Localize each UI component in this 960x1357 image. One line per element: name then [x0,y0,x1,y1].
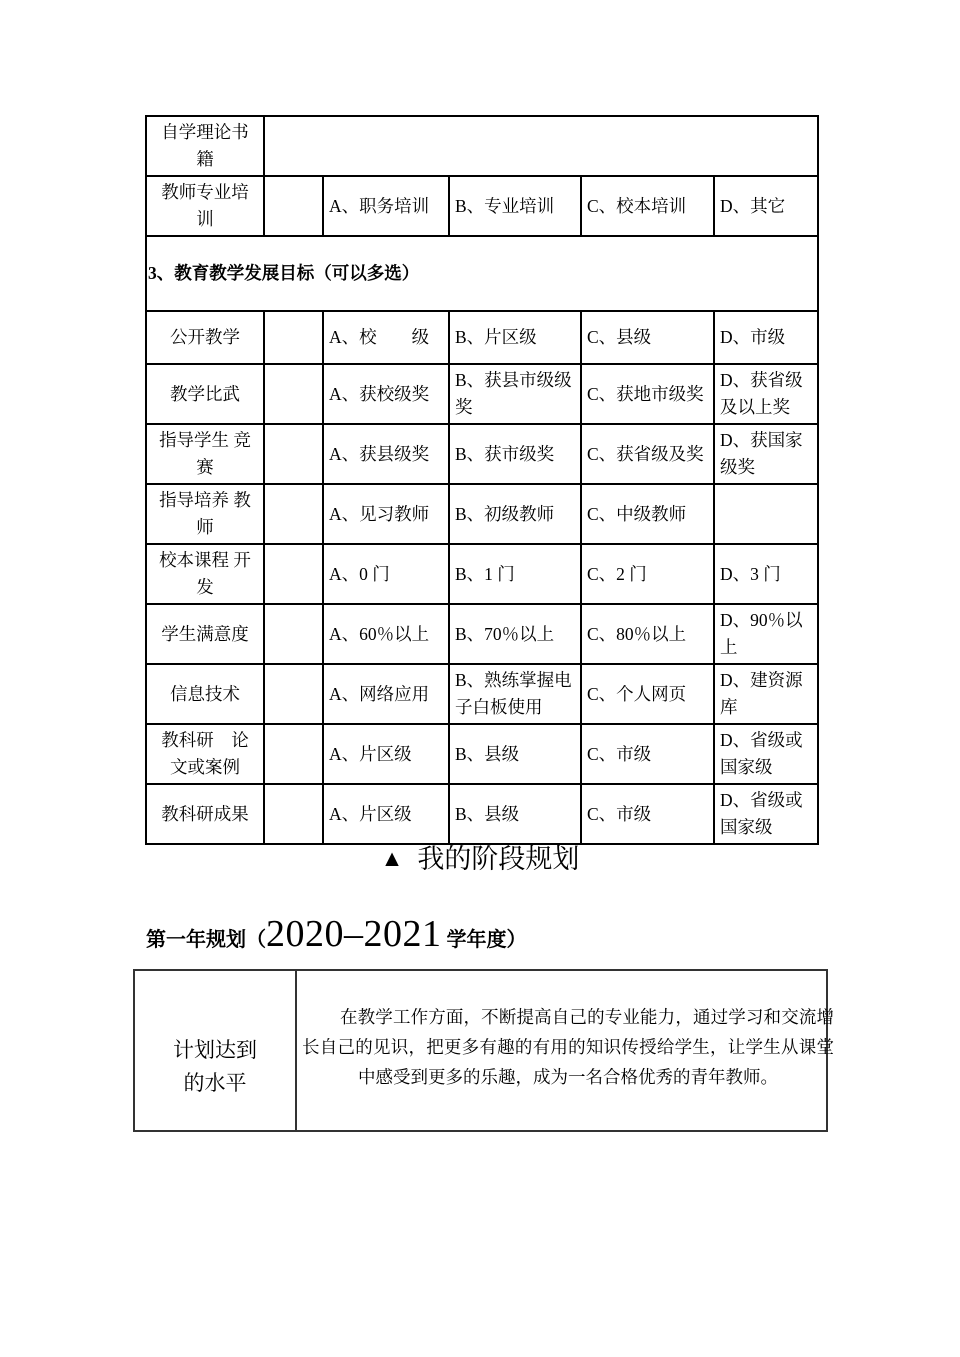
option-a-cell: A、片区级 [323,784,449,844]
row-label-cell: 指导培养 教师 [146,484,264,544]
first-year-plan-line: 第一年规划（2020–2021 学年度） [146,912,527,956]
option-c-cell: C、80％以上 [581,604,714,664]
option-c-cell: C、县级 [581,311,714,364]
answer-cell [264,364,323,424]
first-year-plan-label: 第一年规划（ [146,929,266,951]
option-a-cell: A、职务培训 [323,176,449,236]
option-d-cell: D、市级 [714,311,818,364]
row-label-cell: 指导学生 竞赛 [146,424,264,484]
option-a-cell: A、网络应用 [323,664,449,724]
option-a-cell: A、校 级 [323,311,449,364]
option-a-cell: A、0 门 [323,544,449,604]
answer-cell [264,664,323,724]
table-row: 教科研 论文或案例 A、片区级 B、县级 C、市级 D、省级或国家级 [146,724,818,784]
plan-level-content-cell: 在教学工作方面，不断提高自己的专业能力，通过学习和交流增长自己的见识，把更多有趣… [296,970,827,1131]
option-b-cell: B、获县市级级奖 [449,364,581,424]
option-d-cell: D、省级或国家级 [714,724,818,784]
row-label-cell: 校本课程 开发 [146,544,264,604]
option-b-cell: B、县级 [449,784,581,844]
answer-cell [264,311,323,364]
option-b-cell: B、70％以上 [449,604,581,664]
option-b-cell: B、获市级奖 [449,424,581,484]
stage-plan-heading-text: 我的阶段规划 [417,844,579,874]
option-b-cell: B、县级 [449,724,581,784]
section-title-cell: 3、教育教学发展目标（可以多选） [146,236,818,311]
option-c-cell: C、市级 [581,724,714,784]
table-row: 教学比武 A、获校级奖 B、获县市级级奖 C、获地市级奖 D、获省级及以上奖 [146,364,818,424]
option-c-cell: C、获省级及奖 [581,424,714,484]
table-row: 公开教学 A、校 级 B、片区级 C、县级 D、市级 [146,311,818,364]
answer-cell [264,176,323,236]
option-d-cell: D、获国家级奖 [714,424,818,484]
table-row: 自学理论书籍 [146,116,818,176]
option-d-cell: D、3 门 [714,544,818,604]
row-label-cell: 公开教学 [146,311,264,364]
table-row: 学生满意度 A、60％以上 B、70％以上 C、80％以上 D、90％以上 [146,604,818,664]
answer-cell [264,724,323,784]
plan-level-paragraph: 在教学工作方面，不断提高自己的专业能力，通过学习和交流增长自己的见识，把更多有趣… [302,1002,834,1092]
option-c-cell: C、校本培训 [581,176,714,236]
table-row: 指导培养 教师 A、见习教师 B、初级教师 C、中级教师 [146,484,818,544]
section-title-row: 3、教育教学发展目标（可以多选） [146,236,818,311]
answer-cell [264,544,323,604]
table-row: 校本课程 开发 A、0 门 B、1 门 C、2 门 D、3 门 [146,544,818,604]
option-d-cell [714,484,818,544]
option-a-cell: A、60％以上 [323,604,449,664]
row-label-cell: 教科研 论文或案例 [146,724,264,784]
option-c-cell: C、中级教师 [581,484,714,544]
option-b-cell: B、1 门 [449,544,581,604]
answer-cell [264,784,323,844]
option-d-cell: D、90％以上 [714,604,818,664]
development-goals-table: 自学理论书籍 教师专业培训 A、职务培训 B、专业培训 C、校本培训 D、其它 … [145,115,819,845]
answer-cell [264,116,818,176]
answer-cell [264,484,323,544]
option-d-cell: D、省级或国家级 [714,784,818,844]
option-d-cell: D、获省级及以上奖 [714,364,818,424]
option-a-cell: A、见习教师 [323,484,449,544]
option-c-cell: C、2 门 [581,544,714,604]
option-a-cell: A、片区级 [323,724,449,784]
school-year-label: 学年度） [442,929,527,951]
stage-plan-heading: ▲我的阶段规划 [0,842,960,878]
row-label-cell: 信息技术 [146,664,264,724]
table-row: 指导学生 竞赛 A、获县级奖 B、获市级奖 C、获省级及奖 D、获国家级奖 [146,424,818,484]
option-a-cell: A、获校级奖 [323,364,449,424]
plan-level-table: 计划达到 的水平 在教学工作方面，不断提高自己的专业能力，通过学习和交流增长自己… [133,969,828,1132]
option-b-cell: B、初级教师 [449,484,581,544]
plan-level-label-cell: 计划达到 的水平 [134,970,296,1131]
document-page: { "colors": { "background": "#ffffff", "… [0,0,960,1357]
option-c-cell: C、个人网页 [581,664,714,724]
option-a-cell: A、获县级奖 [323,424,449,484]
row-label-cell: 学生满意度 [146,604,264,664]
row-label-cell: 自学理论书籍 [146,116,264,176]
option-b-cell: B、片区级 [449,311,581,364]
table-row: 教科研成果 A、片区级 B、县级 C、市级 D、省级或国家级 [146,784,818,844]
year-range: 2020–2021 [266,913,442,955]
table-row: 信息技术 A、网络应用 B、熟练掌握电子白板使用 C、个人网页 D、建资源库 [146,664,818,724]
answer-cell [264,424,323,484]
option-b-cell: B、专业培训 [449,176,581,236]
row-label-cell: 教学比武 [146,364,264,424]
row-label-cell: 教师专业培训 [146,176,264,236]
option-d-cell: D、其它 [714,176,818,236]
table-row: 计划达到 的水平 在教学工作方面，不断提高自己的专业能力，通过学习和交流增长自己… [134,970,827,1131]
option-d-cell: D、建资源库 [714,664,818,724]
triangle-icon: ▲ [381,846,404,871]
row-label-cell: 教科研成果 [146,784,264,844]
table-row: 教师专业培训 A、职务培训 B、专业培训 C、校本培训 D、其它 [146,176,818,236]
option-b-cell: B、熟练掌握电子白板使用 [449,664,581,724]
answer-cell [264,604,323,664]
option-c-cell: C、市级 [581,784,714,844]
option-c-cell: C、获地市级奖 [581,364,714,424]
